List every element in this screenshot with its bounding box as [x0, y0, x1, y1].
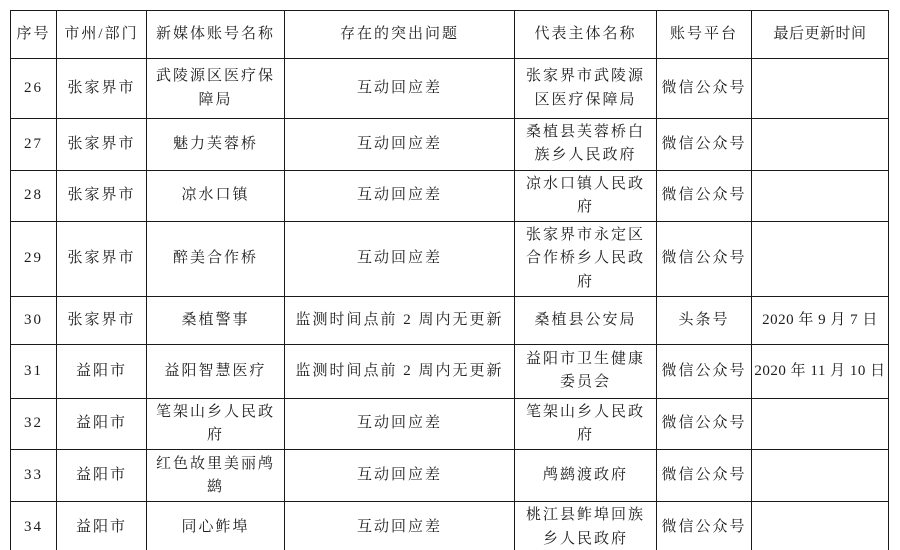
- table-cell-problem: 互动回应差: [285, 170, 515, 222]
- table-cell-index: 30: [11, 296, 57, 344]
- col-header-city: 市州/部门: [57, 11, 147, 59]
- table-cell-problem: 互动回应差: [285, 222, 515, 297]
- col-header-problem: 存在的突出问题: [285, 11, 515, 59]
- table-cell-index: 26: [11, 59, 57, 119]
- table-cell-problem: 监测时间点前 2 周内无更新: [285, 344, 515, 398]
- table-cell-platform: 头条号: [657, 296, 752, 344]
- table-cell-index: 32: [11, 398, 57, 450]
- table-cell-entity: 桃江县鲊埠回族乡人民政府: [515, 502, 657, 550]
- table-cell-updated: [752, 502, 889, 550]
- table-cell-entity: 张家界市武陵源区医疗保障局: [515, 59, 657, 119]
- table-cell-problem: 互动回应差: [285, 450, 515, 502]
- table-cell-index: 29: [11, 222, 57, 297]
- table-row: 31益阳市益阳智慧医疗监测时间点前 2 周内无更新益阳市卫生健康委员会微信公众号…: [11, 344, 889, 398]
- table-cell-updated: [752, 450, 889, 502]
- table-cell-city: 张家界市: [57, 170, 147, 222]
- header-row: 序号 市州/部门 新媒体账号名称 存在的突出问题 代表主体名称 账号平台 最后更…: [11, 11, 889, 59]
- col-header-platform: 账号平台: [657, 11, 752, 59]
- table-cell-account: 益阳智慧医疗: [147, 344, 285, 398]
- table-cell-updated: 2020 年 11 月 10 日: [752, 344, 889, 398]
- table-cell-entity: 鸬鹚渡政府: [515, 450, 657, 502]
- table-cell-entity: 桑植县芙蓉桥白族乡人民政府: [515, 119, 657, 171]
- table-cell-index: 28: [11, 170, 57, 222]
- table-cell-problem: 互动回应差: [285, 502, 515, 550]
- table-row: 33益阳市红色故里美丽鸬鹚互动回应差鸬鹚渡政府微信公众号: [11, 450, 889, 502]
- table-cell-entity: 益阳市卫生健康委员会: [515, 344, 657, 398]
- table-cell-index: 27: [11, 119, 57, 171]
- table-cell-platform: 微信公众号: [657, 450, 752, 502]
- table-cell-platform: 微信公众号: [657, 502, 752, 550]
- table-cell-platform: 微信公众号: [657, 398, 752, 450]
- table-cell-city: 张家界市: [57, 296, 147, 344]
- table-cell-entity: 张家界市永定区合作桥乡人民政府: [515, 222, 657, 297]
- table-cell-entity: 凉水口镇人民政府: [515, 170, 657, 222]
- table-cell-problem: 监测时间点前 2 周内无更新: [285, 296, 515, 344]
- table-cell-city: 张家界市: [57, 119, 147, 171]
- table-cell-account: 魅力芙蓉桥: [147, 119, 285, 171]
- document-page: 序号 市州/部门 新媒体账号名称 存在的突出问题 代表主体名称 账号平台 最后更…: [0, 0, 900, 550]
- table-cell-index: 33: [11, 450, 57, 502]
- col-header-index: 序号: [11, 11, 57, 59]
- table-row: 27张家界市魅力芙蓉桥互动回应差桑植县芙蓉桥白族乡人民政府微信公众号: [11, 119, 889, 171]
- table-cell-platform: 微信公众号: [657, 59, 752, 119]
- table-cell-entity: 笔架山乡人民政府: [515, 398, 657, 450]
- table-cell-account: 红色故里美丽鸬鹚: [147, 450, 285, 502]
- table-cell-account: 凉水口镇: [147, 170, 285, 222]
- table-cell-account: 同心鲊埠: [147, 502, 285, 550]
- table-row: 29张家界市醉美合作桥互动回应差张家界市永定区合作桥乡人民政府微信公众号: [11, 222, 889, 297]
- table-cell-account: 笔架山乡人民政府: [147, 398, 285, 450]
- table-cell-updated: 2020 年 9 月 7 日: [752, 296, 889, 344]
- col-header-updated: 最后更新时间: [752, 11, 889, 59]
- table-cell-account: 醉美合作桥: [147, 222, 285, 297]
- table-cell-entity: 桑植县公安局: [515, 296, 657, 344]
- table-cell-account: 武陵源区医疗保障局: [147, 59, 285, 119]
- table-cell-updated: [752, 398, 889, 450]
- col-header-entity: 代表主体名称: [515, 11, 657, 59]
- table-cell-problem: 互动回应差: [285, 59, 515, 119]
- table-cell-city: 张家界市: [57, 222, 147, 297]
- table-row: 30张家界市桑植警事监测时间点前 2 周内无更新桑植县公安局头条号2020 年 …: [11, 296, 889, 344]
- table-cell-platform: 微信公众号: [657, 170, 752, 222]
- table-header: 序号 市州/部门 新媒体账号名称 存在的突出问题 代表主体名称 账号平台 最后更…: [11, 11, 889, 59]
- table-cell-updated: [752, 222, 889, 297]
- table-row: 34益阳市同心鲊埠互动回应差桃江县鲊埠回族乡人民政府微信公众号: [11, 502, 889, 550]
- table-row: 26张家界市武陵源区医疗保障局互动回应差张家界市武陵源区医疗保障局微信公众号: [11, 59, 889, 119]
- col-header-account: 新媒体账号名称: [147, 11, 285, 59]
- table-cell-updated: [752, 119, 889, 171]
- table-cell-index: 34: [11, 502, 57, 550]
- table-cell-platform: 微信公众号: [657, 344, 752, 398]
- table-row: 32益阳市笔架山乡人民政府互动回应差笔架山乡人民政府微信公众号: [11, 398, 889, 450]
- table-cell-updated: [752, 170, 889, 222]
- table-cell-platform: 微信公众号: [657, 222, 752, 297]
- table-cell-city: 益阳市: [57, 450, 147, 502]
- table-cell-account: 桑植警事: [147, 296, 285, 344]
- media-accounts-table: 序号 市州/部门 新媒体账号名称 存在的突出问题 代表主体名称 账号平台 最后更…: [10, 10, 889, 550]
- table-cell-city: 张家界市: [57, 59, 147, 119]
- table-cell-city: 益阳市: [57, 502, 147, 550]
- table-cell-problem: 互动回应差: [285, 119, 515, 171]
- table-cell-index: 31: [11, 344, 57, 398]
- table-body: 26张家界市武陵源区医疗保障局互动回应差张家界市武陵源区医疗保障局微信公众号27…: [11, 59, 889, 550]
- table-cell-platform: 微信公众号: [657, 119, 752, 171]
- table-cell-problem: 互动回应差: [285, 398, 515, 450]
- table-row: 28张家界市凉水口镇互动回应差凉水口镇人民政府微信公众号: [11, 170, 889, 222]
- table-cell-updated: [752, 59, 889, 119]
- table-cell-city: 益阳市: [57, 344, 147, 398]
- table-cell-city: 益阳市: [57, 398, 147, 450]
